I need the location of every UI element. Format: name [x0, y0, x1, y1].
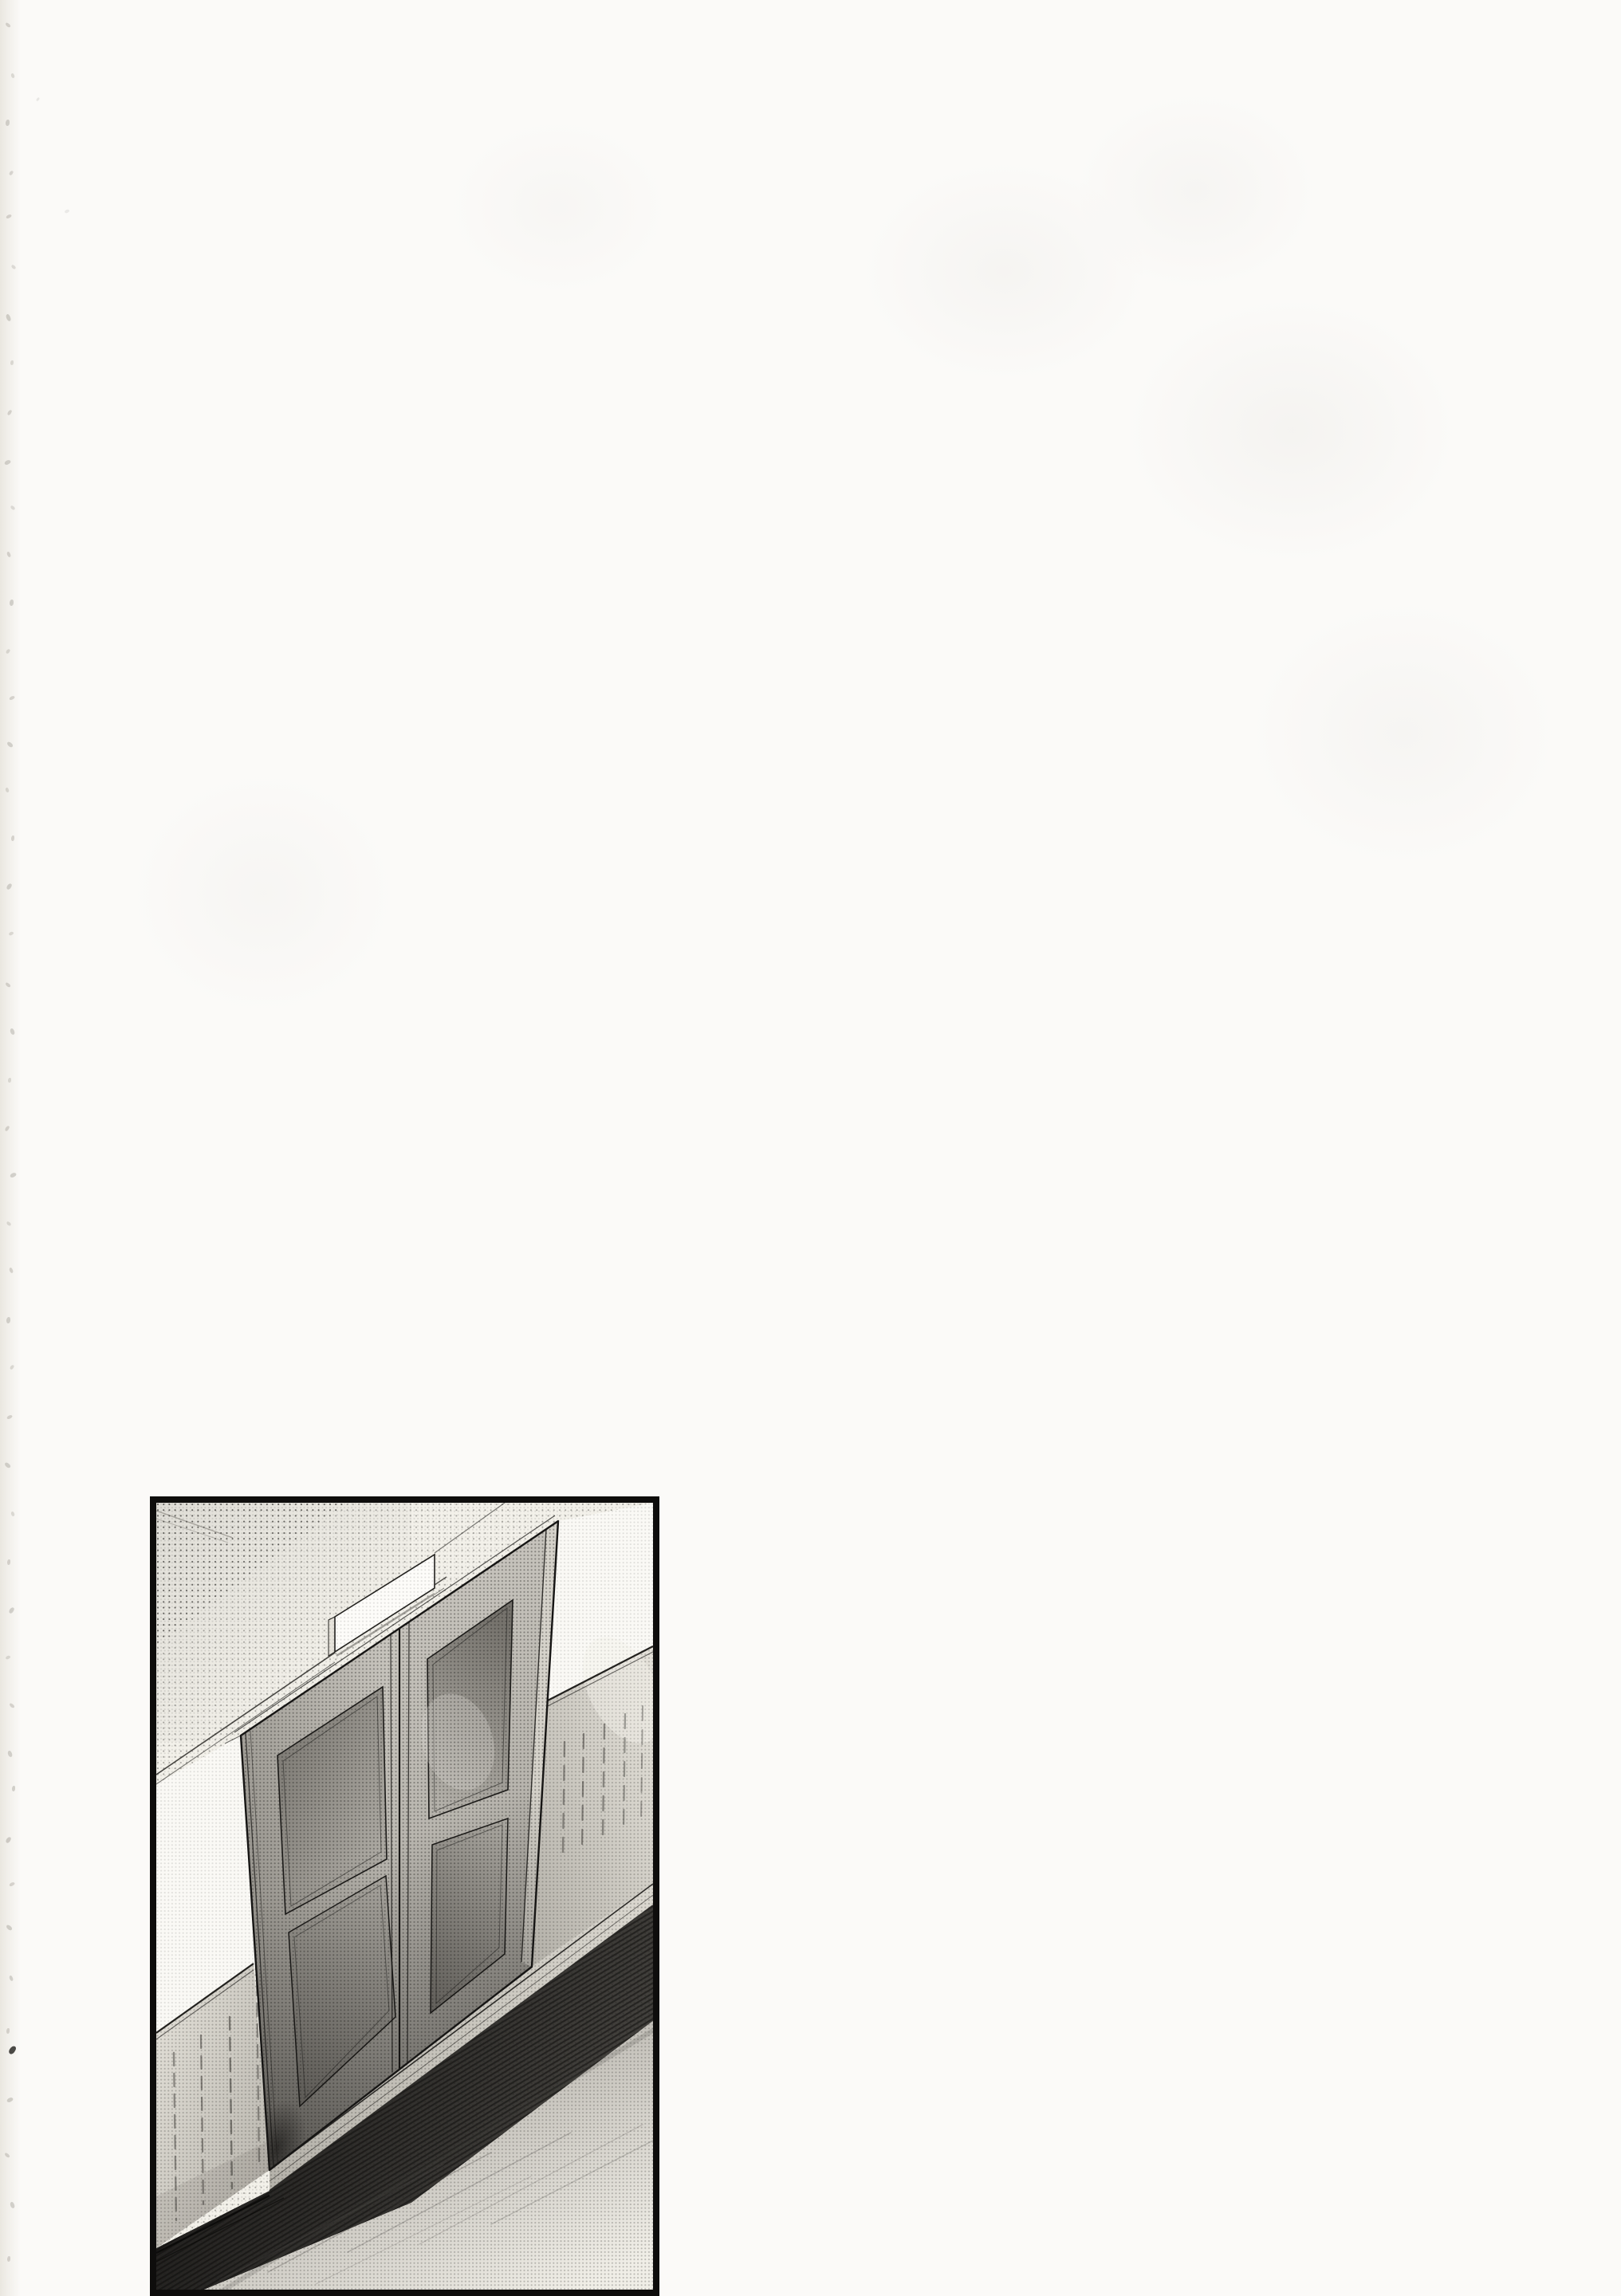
edge-speck	[5, 787, 10, 792]
edge-speck	[64, 209, 69, 214]
edge-speck	[10, 360, 14, 365]
edge-speck	[5, 1655, 10, 1661]
edge-speck	[6, 1317, 10, 1323]
edge-speck	[10, 265, 16, 270]
comic-panel	[150, 1496, 659, 2296]
edge-speck	[5, 313, 12, 321]
edge-speck	[6, 883, 12, 890]
edge-speck	[4, 459, 11, 466]
edge-speck	[9, 1267, 14, 1273]
edge-speck	[6, 648, 10, 654]
edge-speck	[9, 695, 15, 701]
edge-speck	[4, 2152, 10, 2158]
edge-speck	[6, 120, 10, 126]
edge-speck	[6, 214, 12, 219]
edge-speck	[10, 600, 14, 606]
edge-speck	[7, 409, 13, 415]
edge-speck	[10, 505, 15, 511]
edge-speck	[8, 931, 14, 937]
edge-speck	[6, 1221, 11, 1227]
edge-speck	[8, 1606, 14, 1614]
edge-speck	[8, 1078, 11, 1083]
ink-mark	[8, 2045, 17, 2055]
edge-speck	[9, 170, 14, 175]
edge-speck	[6, 741, 14, 749]
edge-speck	[10, 1364, 14, 1370]
edge-speck	[6, 2097, 14, 2104]
edge-speck	[9, 1975, 14, 1981]
edge-speck	[6, 1750, 13, 1757]
edge-speck	[6, 551, 12, 557]
edge-speck	[9, 1703, 15, 1708]
edge-speck	[6, 1414, 13, 1420]
edge-speck	[12, 1786, 15, 1791]
edge-speck	[10, 1511, 15, 1516]
edge-speck	[10, 73, 15, 78]
panel-art	[150, 1496, 659, 2296]
edge-speck	[7, 2256, 10, 2262]
edge-speck	[4, 1462, 11, 1469]
edge-speck	[9, 1028, 15, 1035]
edge-speck	[9, 2201, 15, 2208]
edge-speck	[36, 97, 40, 102]
edge-speck	[9, 1881, 15, 1887]
binding-edge	[0, 0, 21, 2296]
edge-speck	[7, 1559, 10, 1565]
edge-speck	[5, 1836, 11, 1843]
edge-speck	[6, 2028, 10, 2034]
edge-speck	[5, 22, 11, 28]
edge-speck	[5, 982, 11, 988]
manga-page	[0, 0, 1621, 2296]
edge-speck	[6, 1924, 13, 1932]
edge-speck	[11, 835, 14, 841]
screentone-overlay	[156, 1503, 653, 2290]
edge-speck	[10, 1172, 17, 1179]
edge-speck	[5, 1125, 10, 1131]
